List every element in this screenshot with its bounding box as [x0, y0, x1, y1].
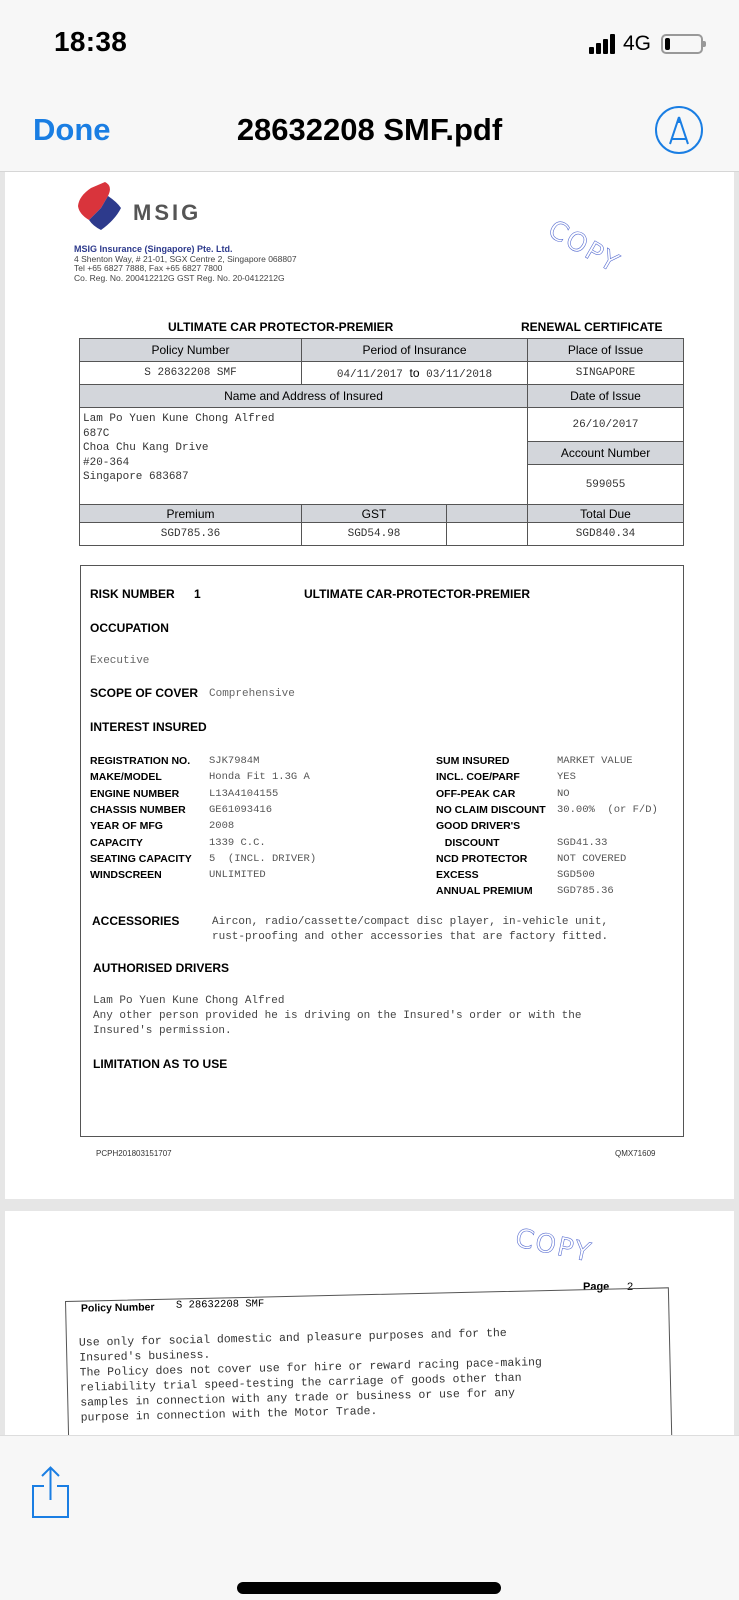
field-label: CHASSIS NUMBER [90, 804, 186, 816]
period-header: Period of Insurance [302, 339, 528, 362]
certificate-type: RENEWAL CERTIFICATE [521, 320, 663, 334]
occupation-label: OCCUPATION [90, 621, 169, 635]
address-line: 687C [83, 427, 524, 442]
risk-number: 1 [194, 587, 201, 601]
field-value: Honda Fit 1.3G A [209, 771, 310, 783]
authorised-drivers-label: AUTHORISED DRIVERS [93, 961, 229, 975]
field-value: L13A4104155 [209, 788, 278, 800]
total-due-value: SGD840.34 [528, 523, 684, 546]
place-of-issue: SINGAPORE [528, 362, 684, 385]
field-value: 1339 C.C. [209, 837, 266, 849]
scope-label: SCOPE OF COVER [90, 686, 198, 700]
network-type: 4G [623, 32, 651, 56]
home-indicator[interactable] [237, 1582, 501, 1594]
empty-header [447, 505, 528, 523]
field-value: SJK7984M [209, 755, 259, 767]
copy-stamp: COPY [543, 215, 625, 280]
field-label: SEATING CAPACITY [90, 853, 192, 865]
limitation-label: LIMITATION AS TO USE [93, 1057, 227, 1071]
occupation-value: Executive [90, 655, 149, 667]
address-line: #20-364 [83, 456, 524, 471]
pdf-viewer[interactable]: MSIG MSIG Insurance (Singapore) Pte. Ltd… [0, 172, 739, 1435]
field-value: SGD785.36 [557, 885, 614, 897]
field-value: 5 (INCL. DRIVER) [209, 853, 316, 865]
certificate-table: Policy Number Period of Insurance Place … [79, 338, 684, 546]
period-to-word: to [409, 366, 419, 380]
status-time: 18:38 [54, 26, 127, 58]
account-number: 599055 [528, 465, 684, 505]
field-label: ENGINE NUMBER [90, 788, 179, 800]
accessories-value: Aircon, radio/cassette/compact disc play… [212, 915, 608, 945]
gst-header: GST [302, 505, 447, 523]
msig-logo-icon [75, 180, 135, 234]
account-header: Account Number [528, 442, 684, 465]
address-line: Choa Chu Kang Drive [83, 441, 524, 456]
share-button[interactable] [30, 1464, 72, 1520]
interest-insured-label: INTEREST INSURED [90, 720, 207, 734]
period-from: 04/11/2017 [337, 369, 403, 381]
company-reg: Co. Reg. No. 200412212G GST Reg. No. 20-… [74, 274, 297, 284]
field-label: MAKE/MODEL [90, 771, 162, 783]
footer-reference-left: PCPH201803151707 [96, 1149, 172, 1158]
field-value: UNLIMITED [209, 869, 266, 881]
authorised-drivers-value: Lam Po Yuen Kune Chong Alfred Any other … [93, 994, 581, 1039]
msig-logo-text: MSIG [133, 200, 201, 226]
gst-value: SGD54.98 [302, 523, 447, 546]
copy-stamp: COPY [513, 1223, 595, 1268]
field-value: 30.00% (or F/D) [557, 804, 658, 816]
share-icon [30, 1464, 72, 1520]
field-value: GE61093416 [209, 804, 272, 816]
period-to: 03/11/2018 [426, 369, 492, 381]
policy-number: S 28632208 SMF [80, 362, 302, 385]
place-header: Place of Issue [528, 339, 684, 362]
status-indicators: 4G [589, 32, 703, 56]
field-value: NO [557, 788, 570, 800]
address-line: Singapore 683687 [83, 470, 524, 485]
field-value: SGD500 [557, 869, 595, 881]
policy-number-header: Policy Number [80, 339, 302, 362]
limitation-box: Use only for social domestic and pleasur… [65, 1287, 673, 1435]
status-bar: 18:38 4G [0, 0, 739, 90]
empty-value [447, 523, 528, 546]
field-value: NOT COVERED [557, 853, 626, 865]
risk-details-box: RISK NUMBER 1 ULTIMATE CAR-PROTECTOR-PRE… [80, 565, 684, 1137]
field-label: EXCESS [436, 869, 479, 881]
field-label: DISCOUNT [436, 837, 500, 849]
field-label: WINDSCREEN [90, 869, 162, 881]
battery-icon [661, 34, 703, 54]
field-value: 2008 [209, 820, 234, 832]
risk-number-label: RISK NUMBER [90, 587, 175, 601]
product-title: ULTIMATE CAR PROTECTOR-PREMIER [168, 320, 393, 334]
period-of-insurance: 04/11/2017 to 03/11/2018 [302, 362, 528, 385]
navigation-bar: Done 28632208 SMF.pdf [0, 90, 739, 172]
accessories-label: ACCESSORIES [92, 914, 179, 928]
premium-value: SGD785.36 [80, 523, 302, 546]
field-value: MARKET VALUE [557, 755, 633, 767]
field-value: SGD41.33 [557, 837, 607, 849]
date-of-issue: 26/10/2017 [528, 408, 684, 442]
pdf-page-1: MSIG MSIG Insurance (Singapore) Pte. Ltd… [5, 172, 734, 1199]
field-label: SUM INSURED [436, 755, 510, 767]
insured-address: Lam Po Yuen Kune Chong Alfred 687C Choa … [80, 408, 528, 505]
field-label: CAPACITY [90, 837, 143, 849]
field-label: REGISTRATION NO. [90, 755, 190, 767]
total-header: Total Due [528, 505, 684, 523]
scope-value: Comprehensive [209, 688, 295, 700]
field-label: INCL. COE/PARF [436, 771, 520, 783]
field-label: GOOD DRIVER'S [436, 820, 520, 832]
limitation-text: Use only for social domestic and pleasur… [79, 1325, 543, 1425]
insured-name: Lam Po Yuen Kune Chong Alfred [83, 412, 524, 427]
field-label: NO CLAIM DISCOUNT [436, 804, 546, 816]
signal-icon [589, 34, 615, 54]
markup-button[interactable] [655, 106, 703, 154]
field-label: YEAR OF MFG [90, 820, 163, 832]
name-address-header: Name and Address of Insured [80, 385, 528, 408]
field-label: OFF-PEAK CAR [436, 788, 515, 800]
premium-header: Premium [80, 505, 302, 523]
document-title: 28632208 SMF.pdf [0, 112, 739, 148]
markup-pen-icon [657, 108, 701, 152]
field-label: NCD PROTECTOR [436, 853, 527, 865]
pdf-page-2: COPY Page 2 Policy Number S 28632208 SMF… [5, 1211, 734, 1435]
risk-title: ULTIMATE CAR-PROTECTOR-PREMIER [304, 587, 530, 601]
field-value: YES [557, 771, 576, 783]
bottom-toolbar [0, 1435, 739, 1600]
company-info: MSIG Insurance (Singapore) Pte. Ltd. 4 S… [74, 245, 297, 283]
field-label: ANNUAL PREMIUM [436, 885, 533, 897]
date-issue-header: Date of Issue [528, 385, 684, 408]
footer-reference-right: QMX71609 [615, 1149, 655, 1158]
